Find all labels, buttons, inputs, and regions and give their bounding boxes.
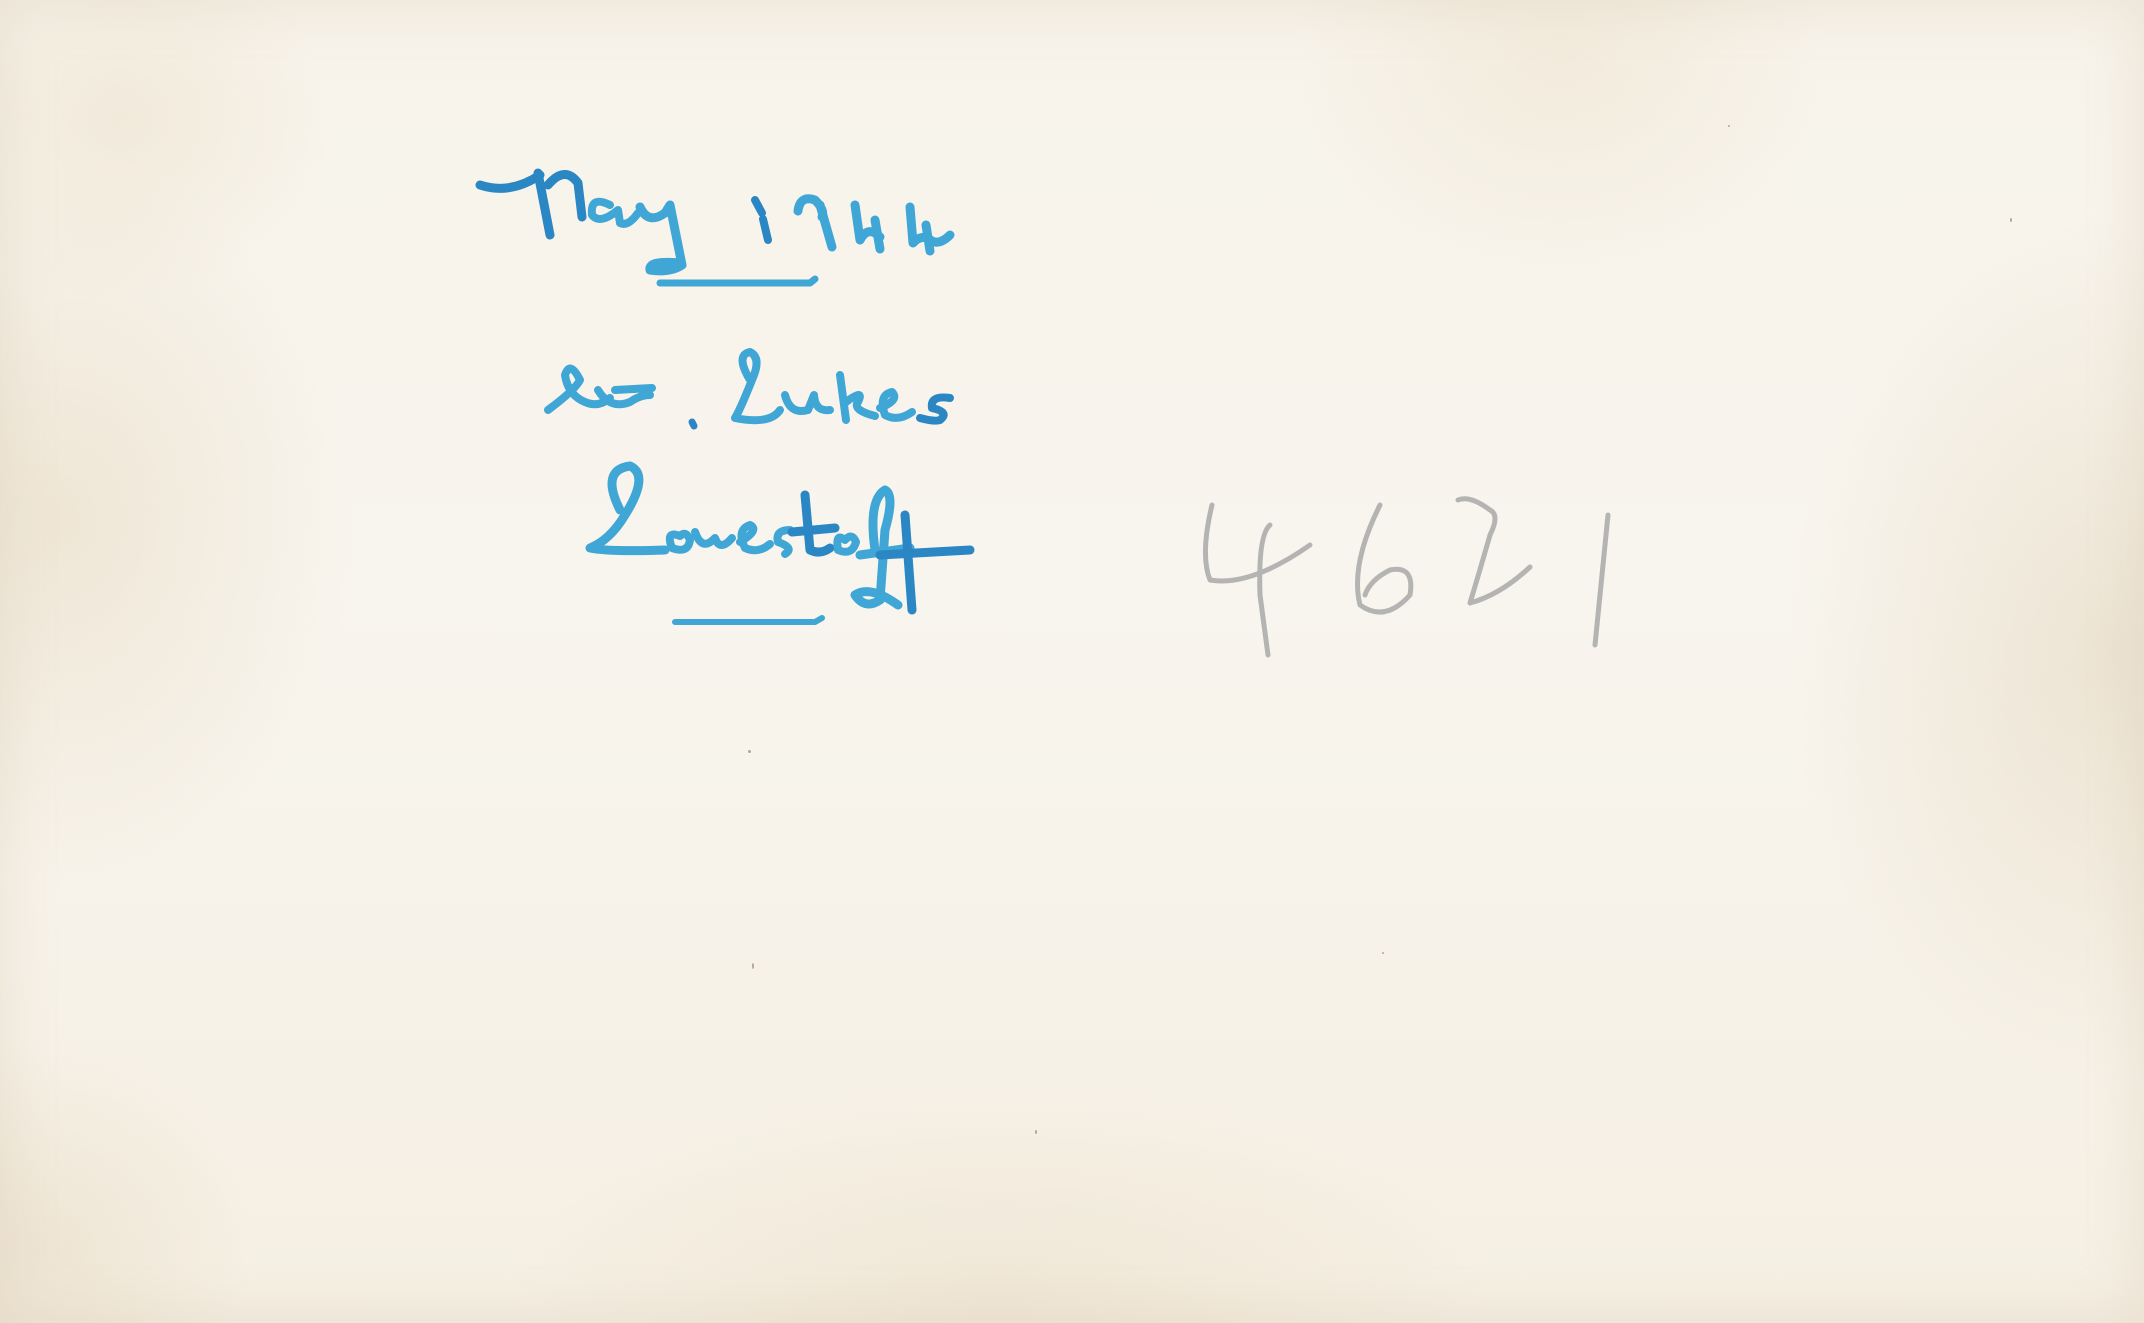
- paper-speck: [748, 750, 751, 753]
- paper-speck: [1728, 125, 1730, 127]
- handwritten-st-lukes: [540, 340, 1060, 450]
- handwritten-date-may-1944: [470, 155, 1070, 295]
- paper-speck: [1035, 1130, 1037, 1134]
- date-text: May 1944: [0, 0, 1, 1]
- aged-edge-shading: [0, 0, 2144, 1323]
- annotation-transcript: May 1944 St. Lukes Lowestoft 4621: [0, 0, 1, 1]
- paper-speck: [2010, 218, 2012, 222]
- pencil-reference-number-4621: [1190, 475, 1710, 695]
- handwritten-lowestoft: [580, 460, 1100, 640]
- photo-card-back: May 1944 St. Lukes Lowestoft 4621: [0, 0, 2144, 1323]
- paper-speck: [1382, 952, 1384, 954]
- paper-speck: [752, 963, 754, 969]
